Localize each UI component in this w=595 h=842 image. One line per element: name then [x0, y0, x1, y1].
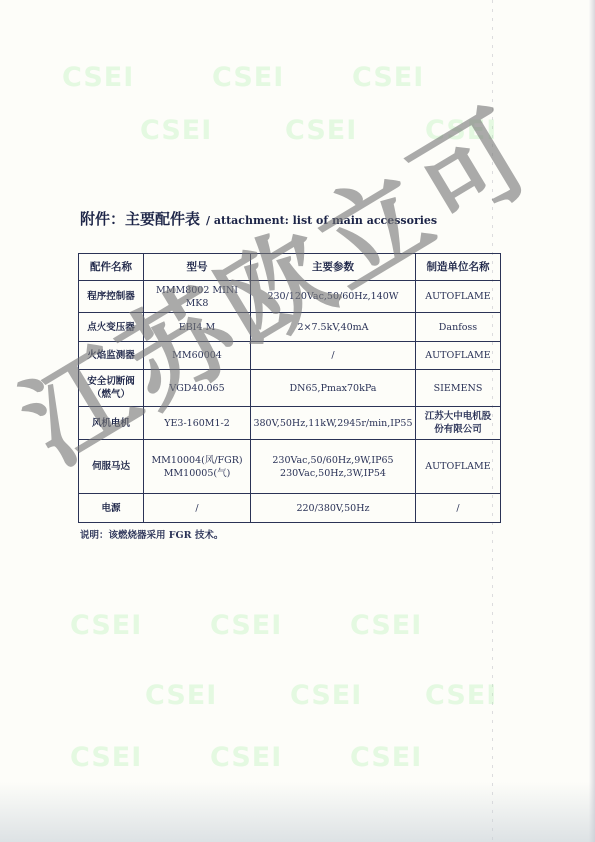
cell-text: 江苏大中电机股: [425, 411, 492, 422]
cell-text: 230/120Vac,50/60Hz,140W: [267, 291, 398, 302]
title-en: / attachment: list of main accessories: [206, 214, 437, 227]
csei-watermark: CSEI: [350, 610, 422, 641]
cell-text: AUTOFLAME: [425, 291, 490, 302]
params-cell: 2×7.5kV,40mA: [251, 313, 416, 342]
cell-text: 份有限公司: [434, 424, 482, 435]
cell-text: 程序控制器: [87, 291, 135, 302]
header-manufacturer: 制造单位名称: [416, 254, 501, 281]
cell-text: /: [331, 350, 334, 361]
accessories-table: 配件名称 型号 主要参数 制造单位名称 程序控制器MMM8002 MINIMK8…: [78, 253, 501, 523]
cell-text: 安全切断阀: [87, 376, 135, 387]
params-cell: 230/120Vac,50/60Hz,140W: [251, 281, 416, 313]
part-name-cell: 伺服马达: [79, 440, 144, 494]
header-part-name: 配件名称: [79, 254, 144, 281]
params-cell: 230Vac,50/60Hz,9W,IP65230Vac,50Hz,3W,IP5…: [251, 440, 416, 494]
table-row: 电源/220/380V,50Hz/: [79, 494, 501, 523]
cell-text: AUTOFLAME: [425, 350, 490, 361]
csei-watermark: CSEI: [290, 680, 362, 711]
cell-text: MMM8002 MINI: [156, 285, 238, 296]
csei-watermark: CSEI: [212, 62, 284, 93]
csei-watermark: CSEI: [425, 115, 497, 146]
table-header-row: 配件名称 型号 主要参数 制造单位名称: [79, 254, 501, 281]
csei-watermark: CSEI: [352, 62, 424, 93]
manufacturer-cell: 江苏大中电机股份有限公司: [416, 407, 501, 440]
table-row: 程序控制器MMM8002 MINIMK8230/120Vac,50/60Hz,1…: [79, 281, 501, 313]
cell-text: 230Vac,50/60Hz,9W,IP65: [272, 455, 393, 466]
footnote: 说明：该燃烧器采用 FGR 技术。: [80, 527, 223, 541]
cell-text: MM10004(风/FGR): [151, 455, 242, 466]
part-name-cell: 程序控制器: [79, 281, 144, 313]
cell-text: AUTOFLAME: [425, 461, 490, 472]
cell-text: YE3-160M1-2: [164, 418, 230, 429]
cell-text: （燃气）: [92, 389, 130, 400]
csei-watermark: CSEI: [425, 680, 497, 711]
csei-watermark: CSEI: [350, 742, 422, 773]
csei-watermark: CSEI: [140, 115, 212, 146]
model-cell: MMM8002 MINIMK8: [144, 281, 251, 313]
cell-text: 伺服马达: [92, 461, 130, 472]
cell-text: 380V,50Hz,11kW,2945r/min,IP55: [253, 418, 412, 429]
model-cell: YE3-160M1-2: [144, 407, 251, 440]
model-cell: VGD40.065: [144, 370, 251, 407]
csei-watermark: CSEI: [62, 62, 134, 93]
cell-text: /: [195, 503, 198, 514]
cell-text: 点火变压器: [87, 322, 135, 333]
part-name-cell: 火焰监测器: [79, 342, 144, 370]
table-row: 安全切断阀（燃气）VGD40.065DN65,Pmax70kPaSIEMENS: [79, 370, 501, 407]
scan-shadow: [0, 782, 595, 842]
cell-text: 风机电机: [92, 418, 130, 429]
csei-watermark: CSEI: [145, 680, 217, 711]
header-main-params: 主要参数: [251, 254, 416, 281]
csei-watermark: CSEI: [210, 742, 282, 773]
cell-text: MK8: [186, 298, 209, 309]
title-cn: 附件：主要配件表: [80, 210, 200, 228]
manufacturer-cell: AUTOFLAME: [416, 440, 501, 494]
part-name-cell: 风机电机: [79, 407, 144, 440]
table-row: 伺服马达MM10004(风/FGR)MM10005(气)230Vac,50/60…: [79, 440, 501, 494]
model-cell: EBI4 M: [144, 313, 251, 342]
header-model: 型号: [144, 254, 251, 281]
table-row: 风机电机YE3-160M1-2380V,50Hz,11kW,2945r/min,…: [79, 407, 501, 440]
params-cell: 380V,50Hz,11kW,2945r/min,IP55: [251, 407, 416, 440]
part-name-cell: 点火变压器: [79, 313, 144, 342]
cell-text: VGD40.065: [169, 383, 224, 394]
cell-text: DN65,Pmax70kPa: [290, 383, 377, 394]
cell-text: 220/380V,50Hz: [296, 503, 369, 514]
manufacturer-cell: SIEMENS: [416, 370, 501, 407]
cell-text: MM60004: [172, 350, 222, 361]
cell-text: EBI4 M: [179, 322, 215, 333]
manufacturer-cell: AUTOFLAME: [416, 342, 501, 370]
csei-watermark: CSEI: [70, 610, 142, 641]
page-title: 附件：主要配件表/ attachment: list of main acces…: [80, 208, 437, 229]
table-row: 点火变压器EBI4 M2×7.5kV,40mADanfoss: [79, 313, 501, 342]
model-cell: MM60004: [144, 342, 251, 370]
cell-text: 火焰监测器: [87, 350, 135, 361]
model-cell: MM10004(风/FGR)MM10005(气): [144, 440, 251, 494]
manufacturer-cell: AUTOFLAME: [416, 281, 501, 313]
manufacturer-cell: Danfoss: [416, 313, 501, 342]
part-name-cell: 安全切断阀（燃气）: [79, 370, 144, 407]
manufacturer-cell: /: [416, 494, 501, 523]
table-row: 火焰监测器MM60004/AUTOFLAME: [79, 342, 501, 370]
part-name-cell: 电源: [79, 494, 144, 523]
csei-watermark: CSEI: [285, 115, 357, 146]
params-cell: 220/380V,50Hz: [251, 494, 416, 523]
params-cell: DN65,Pmax70kPa: [251, 370, 416, 407]
cell-text: /: [456, 503, 459, 514]
cell-text: 2×7.5kV,40mA: [297, 322, 368, 333]
csei-watermark: CSEI: [210, 610, 282, 641]
csei-watermark: CSEI: [70, 742, 142, 773]
cell-text: 电源: [101, 503, 120, 514]
params-cell: /: [251, 342, 416, 370]
cell-text: MM10005(气): [164, 468, 231, 479]
page-edge: [589, 0, 595, 842]
cell-text: 230Vac,50Hz,3W,IP54: [280, 468, 386, 479]
cell-text: SIEMENS: [434, 383, 483, 394]
cell-text: Danfoss: [439, 322, 477, 333]
model-cell: /: [144, 494, 251, 523]
